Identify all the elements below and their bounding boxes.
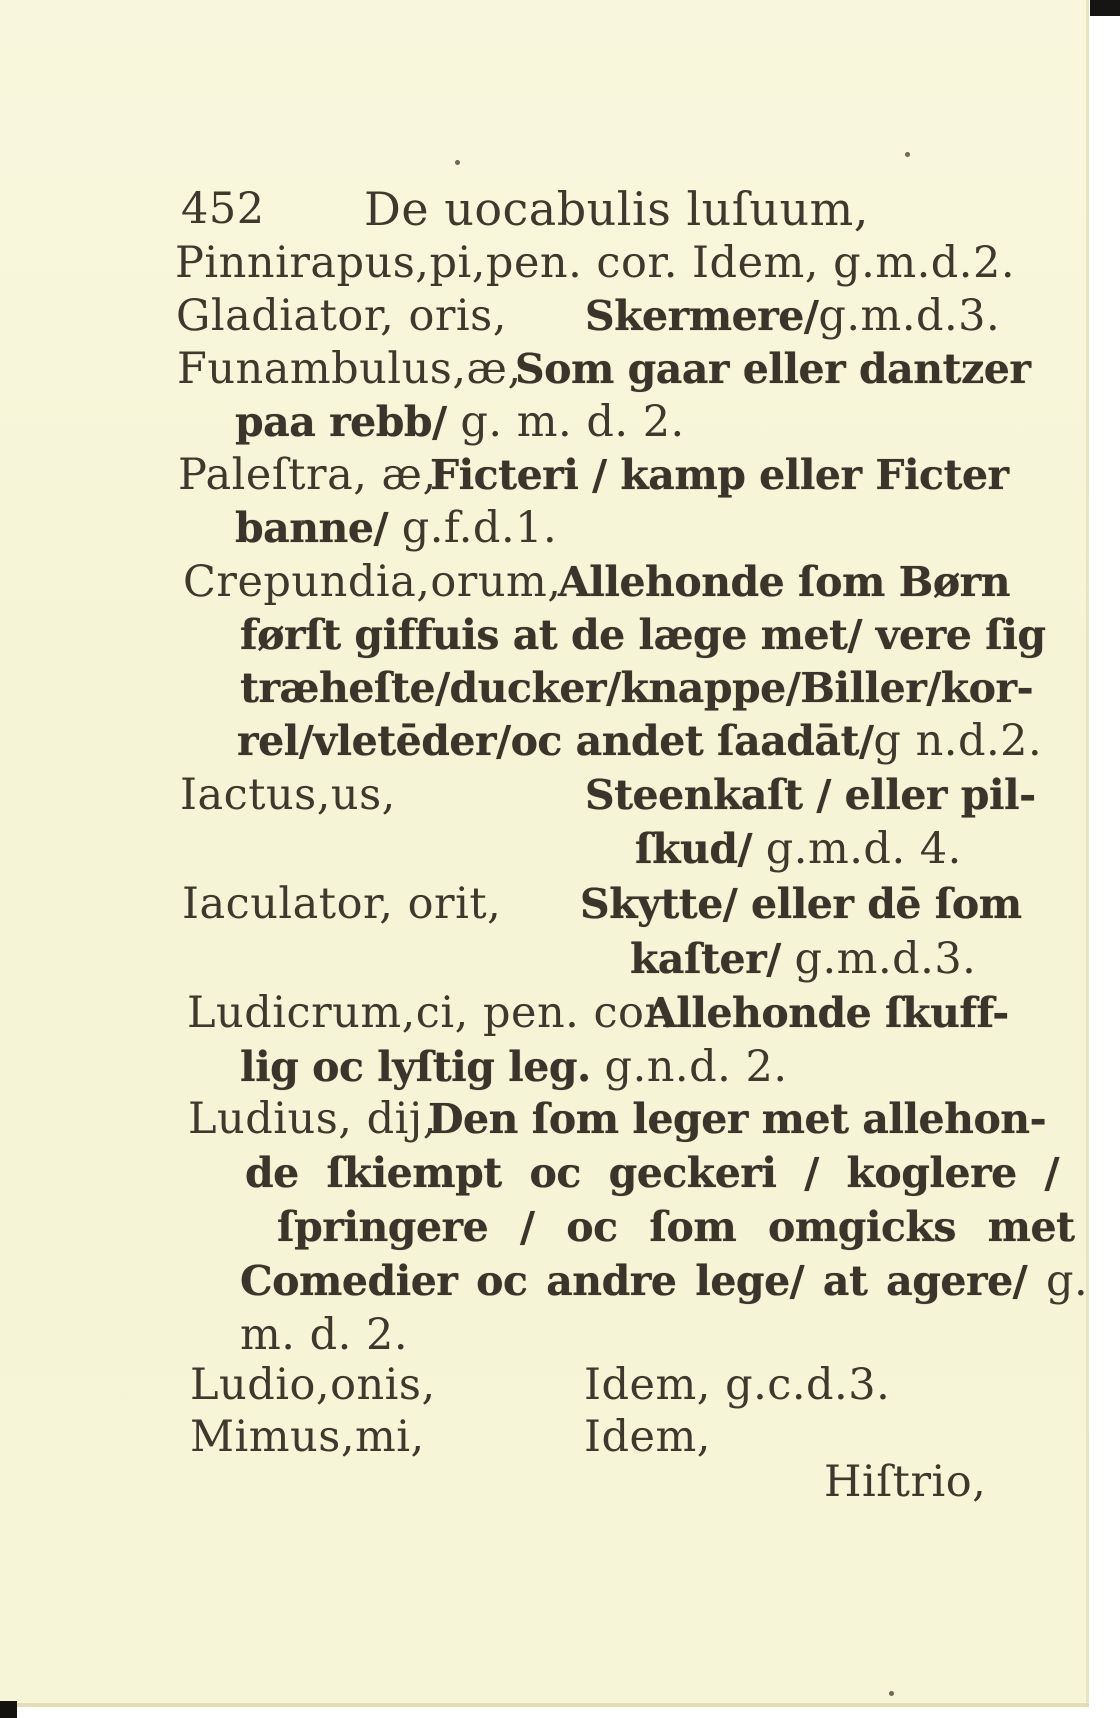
page-text: 452De uocabulis luſuum,Pinnirapus,pi,pen…	[0, 0, 1089, 1707]
blackletter-text: Steenkaſt / eller pil-	[585, 771, 1036, 819]
ink-speck	[905, 152, 910, 157]
text-line: Iaculator, orit,Skytte/ eller dē ſom	[0, 877, 1089, 931]
text-line: Funambulus,æ,Som gaar eller dantzer	[0, 342, 1089, 396]
blackletter-text: de ſkiempt oc geckeri / koglere /	[245, 1149, 1059, 1197]
text-line: Comedier oc andre lege/ at agere/ g.	[0, 1254, 1089, 1308]
roman-text: Ludius, dij,	[188, 1094, 437, 1144]
text-line: Pinnirapus,pi,pen. cor. Idem, g.m.d.2.	[0, 236, 1089, 290]
text-line: Hiſtrio,	[0, 1455, 1089, 1509]
roman-text: Iactus,us,	[180, 770, 396, 820]
text-segment: ſkud/ g.m.d. 4.	[635, 822, 962, 885]
roman-text: g.f.d.1.	[402, 503, 557, 553]
blackletter-text: Comedier oc andre lege/ at agere/	[240, 1257, 1046, 1305]
text-line: førſt giffuis at de læge met/ vere ſig	[0, 608, 1089, 662]
blackletter-text: Som gaar eller dantzer	[515, 345, 1030, 393]
blackletter-text: Den ſom leger met allehon-	[428, 1095, 1046, 1143]
roman-text: g.n.d. 2.	[605, 1042, 788, 1092]
text-line: lig oc lyſtig leg. g.n.d. 2.	[0, 1040, 1089, 1094]
blackletter-text: Ficteri / kamp eller Ficter	[430, 451, 1009, 499]
text-line: paa rebb/ g. m. d. 2.	[0, 395, 1089, 449]
text-line: Ludius, dij,Den ſom leger met allehon-	[0, 1092, 1089, 1146]
text-line: Ludicrum,ci, pen. cor.Allehonde ſkuff-	[0, 986, 1089, 1040]
roman-text: g.	[1046, 1256, 1088, 1306]
roman-text: Iaculator, orit,	[182, 879, 501, 929]
ink-speck	[300, 520, 305, 525]
scan-artifact-top-right	[1090, 0, 1120, 16]
ink-speck	[455, 160, 460, 165]
blackletter-text: ſkud/	[635, 825, 766, 873]
roman-text: De uocabulis luſuum,	[364, 182, 869, 236]
text-line: Crepundia,orum,Allehonde ſom Børn	[0, 555, 1089, 609]
roman-text: Hiſtrio,	[824, 1457, 986, 1507]
text-line: kaſter/ g.m.d.3.	[0, 932, 1089, 986]
text-line: ſkud/ g.m.d. 4.	[0, 822, 1089, 876]
roman-text: g.m.d. 4.	[766, 824, 962, 874]
text-segment: Iaculator, orit,	[182, 877, 501, 940]
roman-text: g. m. d. 2.	[460, 397, 684, 447]
blackletter-text: Skytte/ eller dē ſom	[580, 880, 1022, 928]
blackletter-text: Allehonde ſkuff-	[645, 989, 1009, 1037]
roman-text: Gladiator, oris,	[176, 291, 507, 341]
text-line: banne/ g.f.d.1.	[0, 501, 1089, 555]
text-line: ſpringere / oc ſom omgicks met	[0, 1200, 1089, 1254]
text-line: Gladiator, oris,Skermere/g.m.d.3.	[0, 289, 1089, 343]
blackletter-text: træheſte/ducker/knappe/Biller/kor-	[240, 664, 1033, 712]
roman-text: m. d. 2.	[240, 1310, 408, 1360]
roman-text: Paleſtra, æ,	[178, 450, 437, 500]
text-line: m. d. 2.	[0, 1308, 1089, 1362]
roman-text: g.m.d.3.	[818, 291, 1000, 341]
roman-text: Pinnirapus,pi,pen. cor. Idem, g.m.d.2.	[175, 238, 1015, 288]
roman-text: g n.d.2.	[873, 716, 1042, 766]
roman-text: Ludio,onis,	[190, 1360, 436, 1410]
text-line: Iactus,us,Steenkaſt / eller pil-	[0, 768, 1089, 822]
text-segment: Skytte/ eller dē ſom	[580, 877, 1022, 940]
blackletter-text: Allehonde ſom Børn	[558, 558, 1010, 606]
text-line: de ſkiempt oc geckeri / koglere /	[0, 1146, 1089, 1200]
blackletter-text: paa rebb/	[235, 398, 460, 446]
blackletter-text: lig oc lyſtig leg.	[240, 1043, 605, 1091]
text-line: 452De uocabulis luſuum,	[0, 182, 1089, 236]
text-line: Ludio,onis,Idem, g.c.d.3.	[0, 1358, 1089, 1412]
blackletter-text: rel/vletēder/oc andet ſaadāt/	[237, 717, 873, 765]
text-segment: Hiſtrio,	[824, 1455, 986, 1518]
text-line: rel/vletēder/oc andet ſaadāt/g n.d.2.	[0, 714, 1089, 768]
blackletter-text: banne/	[235, 504, 402, 552]
roman-text: Crepundia,orum,	[183, 557, 561, 607]
blackletter-text: kaſter/	[630, 935, 794, 983]
roman-text: 452	[181, 184, 265, 234]
roman-text: Ludicrum,ci, pen. cor.	[187, 988, 675, 1038]
roman-text: Funambulus,æ,	[177, 344, 522, 394]
text-line: træheſte/ducker/knappe/Biller/kor-	[0, 661, 1089, 715]
roman-text: Idem, g.c.d.3.	[584, 1360, 890, 1410]
scanned-page: 452De uocabulis luſuum,Pinnirapus,pi,pen…	[0, 0, 1120, 1718]
blackletter-text: ſpringere / oc ſom omgicks met	[277, 1203, 1075, 1251]
blackletter-text: førſt giffuis at de læge met/ vere ſig	[240, 611, 1045, 659]
ink-speck	[889, 1691, 894, 1696]
roman-text: g.m.d.3.	[794, 934, 976, 984]
blackletter-text: Skermere/	[585, 292, 818, 340]
text-line: Paleſtra, æ,Ficteri / kamp eller Ficter	[0, 448, 1089, 502]
